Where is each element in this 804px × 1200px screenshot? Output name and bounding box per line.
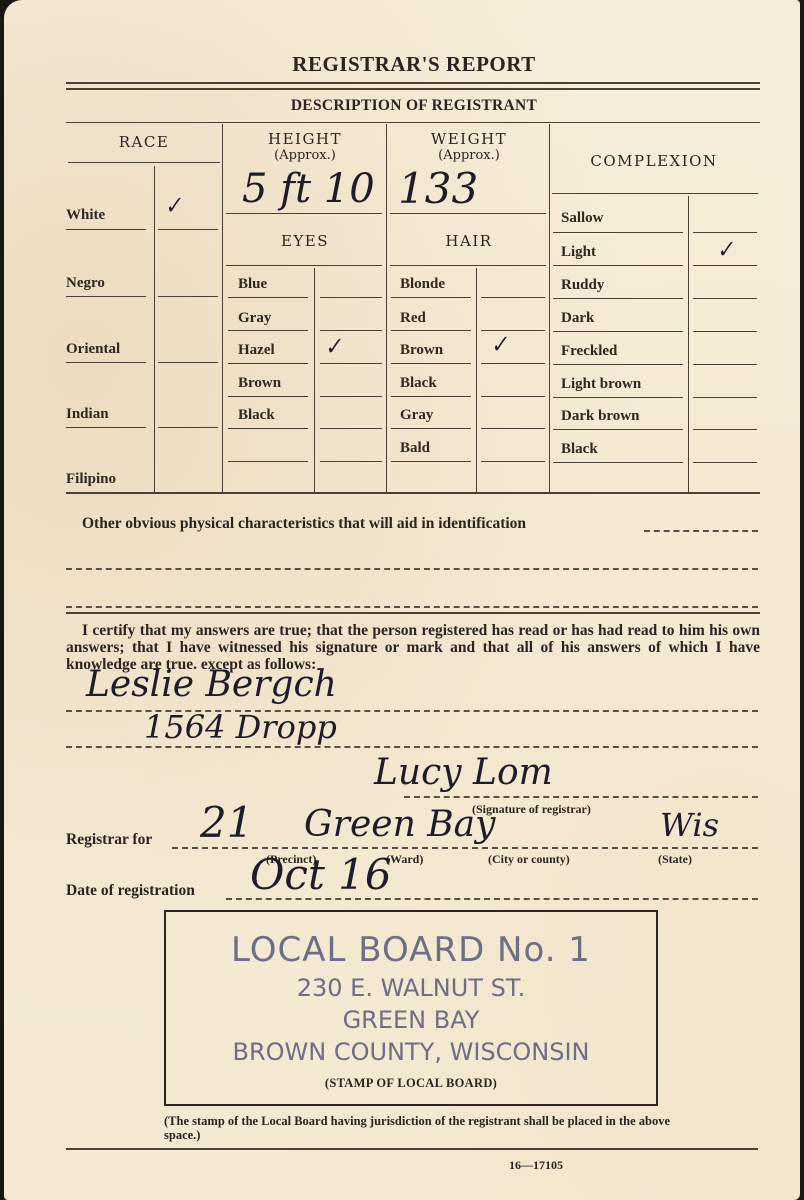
hair-gray: Gray (400, 407, 433, 424)
grid-line (154, 166, 155, 492)
grid-line (693, 462, 757, 463)
grid-line (693, 331, 757, 332)
height-value[interactable]: 5 ft 10 (242, 166, 375, 212)
complexion-check-light[interactable]: ✓ (714, 237, 736, 265)
eyes-check-hazel[interactable]: ✓ (322, 334, 344, 362)
weight-value[interactable]: 133 (398, 164, 478, 213)
grid-line (693, 397, 757, 398)
eyes-black: Black (238, 407, 275, 424)
grid-line (222, 124, 223, 492)
stamp-line-2: 230 E. WALNUT ST. (166, 974, 656, 1002)
exceptions-line-2[interactable]: 1564 Dropp (144, 708, 337, 746)
state-caption: (State) (658, 852, 692, 867)
grid-line (228, 461, 308, 462)
grid-line (391, 330, 471, 331)
grid-line (391, 461, 471, 462)
grid-line (553, 364, 683, 365)
stamp-line-3: GREEN BAY (166, 1006, 656, 1034)
race-indian: Indian (66, 406, 109, 423)
hair-brown: Brown (400, 342, 443, 359)
grid-line (481, 330, 545, 331)
grid-line (390, 265, 546, 266)
eyes-brown: Brown (238, 375, 281, 392)
grid-line (314, 268, 315, 492)
divider (66, 88, 760, 90)
other-characteristics-field-2[interactable] (66, 568, 758, 570)
weight-header-label: WEIGHT (431, 130, 507, 148)
race-oriental: Oriental (66, 341, 120, 358)
stamp-line-4: BROWN COUNTY, WISCONSIN (166, 1038, 656, 1066)
grid-line (481, 297, 545, 298)
complexion-light: Light (561, 244, 596, 261)
divider (66, 612, 760, 614)
eyes-hazel: Hazel (238, 342, 275, 359)
eyes-blue: Blue (238, 276, 267, 293)
weight-header-sub: (Approx.) (388, 148, 550, 163)
other-characteristics-field-3[interactable] (66, 606, 758, 608)
grid-line (320, 461, 382, 462)
grid-line (553, 462, 683, 463)
height-header-sub: (Approx.) (224, 148, 386, 163)
grid-line (158, 362, 218, 363)
grid-line (481, 428, 545, 429)
grid-line (228, 330, 308, 331)
grid-line (391, 428, 471, 429)
grid-line (481, 396, 545, 397)
precinct-value[interactable]: 21 (200, 798, 253, 847)
complexion-black: Black (561, 441, 598, 458)
grid-line (391, 297, 471, 298)
grid-line (158, 427, 218, 428)
stamp-caption: (STAMP OF LOCAL BOARD) (166, 1076, 656, 1091)
grid-line (553, 265, 683, 266)
race-white: White (66, 207, 105, 224)
grid-line (693, 298, 757, 299)
height-header: HEIGHT (Approx.) (224, 130, 386, 163)
divider (66, 82, 760, 84)
date-value[interactable]: Oct 16 (250, 850, 392, 899)
race-check-white[interactable]: ✓ (162, 193, 184, 221)
complexion-freckled: Freckled (561, 343, 617, 360)
stamp-line-1: LOCAL BOARD No. 1 (166, 930, 656, 970)
grid-line (481, 363, 545, 364)
complexion-ruddy: Ruddy (561, 277, 604, 294)
hair-black: Black (400, 375, 437, 392)
grid-line (158, 296, 218, 297)
race-negro: Negro (66, 275, 105, 292)
grid-line (228, 428, 308, 429)
grid-line (553, 298, 683, 299)
grid-line (158, 229, 218, 230)
grid-line (386, 124, 387, 492)
city-caption: (City or county) (488, 852, 570, 867)
grid-line (320, 297, 382, 298)
divider (66, 492, 760, 494)
grid-line (553, 232, 683, 233)
complexion-sallow: Sallow (561, 210, 604, 227)
grid-line (320, 363, 382, 364)
date-label: Date of registration (66, 882, 195, 900)
grid-line (693, 232, 757, 233)
grid-line (228, 363, 308, 364)
grid-line (552, 193, 758, 194)
state-value[interactable]: Wis (660, 806, 719, 844)
hair-header: HAIR (388, 232, 550, 250)
grid-line (391, 363, 471, 364)
grid-line (66, 362, 146, 363)
grid-line (693, 429, 757, 430)
page-title: REGISTRAR'S REPORT (4, 52, 804, 77)
weight-header: WEIGHT (Approx.) (388, 130, 550, 163)
exceptions-field-2 (66, 746, 758, 748)
grid-line (226, 213, 382, 214)
grid-line (66, 229, 146, 230)
race-filipino: Filipino (66, 471, 116, 488)
grid-line (481, 461, 545, 462)
eyes-gray: Gray (238, 310, 271, 327)
complexion-dark-brown: Dark brown (561, 408, 640, 425)
city-value[interactable]: Green Bay (304, 804, 495, 845)
form-code: 16—17105 (509, 1158, 563, 1173)
grid-line (66, 296, 146, 297)
registrar-for-label: Registrar for (66, 831, 152, 849)
grid-line (390, 213, 546, 214)
race-header: RACE (66, 133, 222, 151)
complexion-light-brown: Light brown (561, 376, 641, 393)
grid-line (66, 427, 146, 428)
grid-line (553, 429, 683, 430)
stamp-box: LOCAL BOARD No. 1 230 E. WALNUT ST. GREE… (164, 910, 658, 1106)
grid-line (391, 396, 471, 397)
grid-line (320, 396, 382, 397)
hair-red: Red (400, 310, 426, 327)
hair-blonde: Blonde (400, 276, 445, 293)
grid-line (688, 196, 689, 492)
grid-line (320, 330, 382, 331)
grid-line (693, 364, 757, 365)
eyes-header: EYES (224, 232, 386, 250)
complexion-dark: Dark (561, 310, 594, 327)
grid-line (553, 331, 683, 332)
grid-line (476, 268, 477, 492)
registrar-for-line (172, 847, 758, 849)
grid-line (553, 397, 683, 398)
divider (66, 122, 760, 123)
grid-line (693, 265, 757, 266)
grid-line (228, 297, 308, 298)
divider (66, 1148, 758, 1150)
grid-line (320, 428, 382, 429)
height-header-label: HEIGHT (268, 130, 342, 148)
signature-line (404, 796, 758, 798)
grid-line (549, 124, 550, 492)
other-characteristics-label: Other obvious physical characteristics t… (82, 515, 526, 533)
complexion-header: COMPLEXION (551, 152, 757, 170)
stamp-note: (The stamp of the Local Board having jur… (164, 1114, 684, 1142)
registrar-signature[interactable]: Lucy Lom (374, 752, 553, 793)
hair-bald: Bald (400, 440, 430, 457)
grid-line (68, 162, 220, 163)
grid-line (228, 396, 308, 397)
hair-check-brown[interactable]: ✓ (488, 332, 510, 360)
grid-line (226, 265, 382, 266)
registration-card: REGISTRAR'S REPORT DESCRIPTION OF REGIST… (4, 0, 800, 1200)
exceptions-line-1[interactable]: Leslie Bergch (86, 664, 337, 705)
other-characteristics-field[interactable] (644, 530, 758, 532)
section-title: DESCRIPTION OF REGISTRANT (4, 97, 804, 115)
